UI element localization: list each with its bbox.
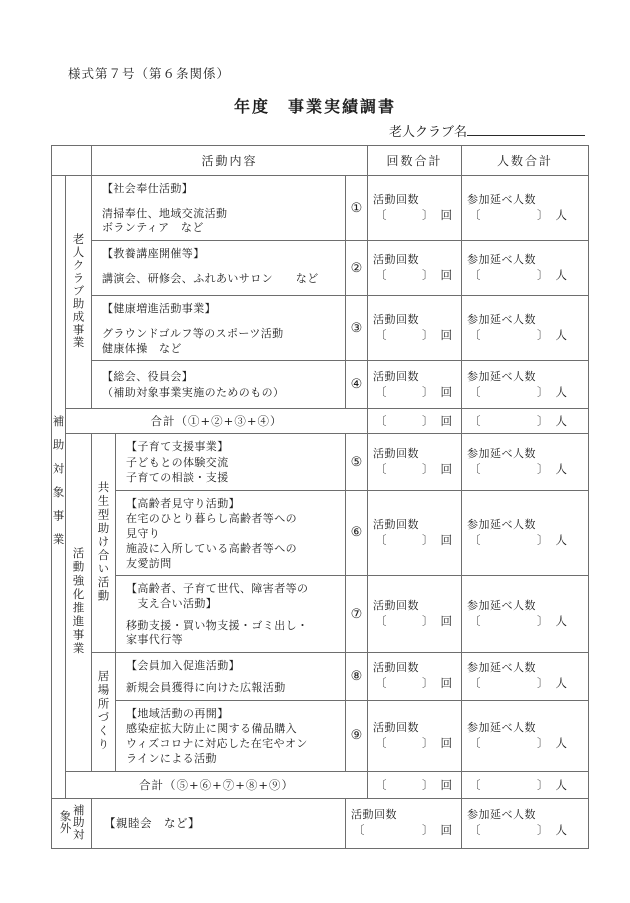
- activity-row-3: 【健康増進活動事業】 グラウンドゴルフ等のスポーツ活動 健康体操 など ③ 活動…: [52, 296, 589, 361]
- count-entry-slot[interactable]: 〔 〕回: [368, 613, 461, 629]
- activity-desc-5: 【子育て支援事業】 子どもとの体験交流 子育ての相談・支援: [116, 434, 346, 490]
- subtotal-2-count-cell: 〔 〕回: [368, 771, 462, 798]
- people-cell-6: 参加延べ人数 〔 〕人: [462, 490, 589, 576]
- non-subsidized-row: 補助対象外 【親睦会 など】 活動回数 〔 〕回 参加延べ人数 〔 〕人: [52, 798, 589, 848]
- header-empty-cell: [52, 146, 92, 176]
- non-subsidized-count-cell: 活動回数 〔 〕回: [346, 798, 462, 848]
- people-entry-slot[interactable]: 〔 〕人: [462, 777, 588, 793]
- people-entry-slot[interactable]: 〔 〕人: [462, 822, 588, 838]
- count-cell-2: 活動回数 〔 〕回: [368, 241, 462, 296]
- row-number-5: ⑤: [346, 434, 368, 490]
- people-cell-8: 参加延べ人数 〔 〕人: [462, 653, 589, 700]
- people-label: 参加延べ人数: [462, 191, 588, 207]
- category-strengthen-cell: 活動強化推進事業: [66, 434, 92, 771]
- row-number-8: ⑧: [346, 653, 368, 700]
- count-label: 活動回数: [368, 445, 461, 461]
- activity-desc-4: 【総会、役員会】 （補助対象事業実施のためのもの）: [92, 361, 346, 409]
- count-label: 活動回数: [368, 597, 461, 613]
- people-cell-4: 参加延べ人数 〔 〕人: [462, 361, 589, 409]
- activity-title-9: 【地域活動の再開】: [126, 707, 341, 722]
- activity-row-6: 【高齢者見守り活動】 在宅のひとり暮らし高齢者等への 見守り 施設に入所している…: [52, 490, 589, 576]
- row-number-6: ⑥: [346, 490, 368, 576]
- people-entry-slot[interactable]: 〔 〕人: [462, 267, 588, 283]
- activity-desc-2: 【教養講座開催等】 講演会、研修会、ふれあいサロン など: [92, 241, 346, 296]
- people-entry-slot[interactable]: 〔 〕人: [462, 613, 588, 629]
- count-cell-7: 活動回数 〔 〕回: [368, 576, 462, 653]
- non-subsidized-people-cell: 参加延べ人数 〔 〕人: [462, 798, 589, 848]
- people-entry-slot[interactable]: 〔 〕人: [462, 461, 588, 477]
- people-entry-slot[interactable]: 〔 〕人: [462, 384, 588, 400]
- activity-row-1: 補助対象事業 老人クラブ助成事業 【社会奉仕活動】 清掃奉仕、地域交流活動 ボラ…: [52, 176, 589, 241]
- people-label: 参加延べ人数: [462, 597, 588, 613]
- people-label: 参加延べ人数: [462, 659, 588, 675]
- people-label: 参加延べ人数: [462, 368, 588, 384]
- header-people-total: 人数合計: [462, 146, 589, 176]
- people-cell-1: 参加延べ人数 〔 〕人: [462, 176, 589, 241]
- row-number-3: ③: [346, 296, 368, 361]
- people-entry-slot[interactable]: 〔 〕人: [462, 735, 588, 751]
- activity-body-3: グラウンドゴルフ等のスポーツ活動 健康体操 など: [102, 327, 341, 356]
- count-entry-slot[interactable]: 〔 〕回: [368, 461, 461, 477]
- activity-desc-1: 【社会奉仕活動】 清掃奉仕、地域交流活動 ボランティア など: [92, 176, 346, 241]
- subtotal-2-people-cell: 〔 〕人: [462, 771, 589, 798]
- people-label: 参加延べ人数: [462, 516, 588, 532]
- club-name-fill-line[interactable]: [467, 122, 585, 136]
- count-label: 活動回数: [368, 719, 461, 735]
- count-entry-slot[interactable]: 〔 〕回: [368, 675, 461, 691]
- people-entry-slot[interactable]: 〔 〕人: [462, 207, 588, 223]
- activity-desc-8: 【会員加入促進活動】 新規会員獲得に向けた広報活動: [116, 653, 346, 700]
- activity-title-1: 【社会奉仕活動】: [102, 182, 341, 197]
- form-number: 様式第７号（第６条関係）: [68, 64, 230, 82]
- activity-body-5: 子どもとの体験交流 子育ての相談・支援: [126, 456, 341, 485]
- count-label: 活動回数: [368, 251, 461, 267]
- people-entry-slot[interactable]: 〔 〕人: [462, 327, 588, 343]
- activity-title-7: 【高齢者、子育て世代、障害者等の 支え合い活動】: [126, 582, 341, 611]
- people-cell-7: 参加延べ人数 〔 〕人: [462, 576, 589, 653]
- header-count-total: 回数合計: [368, 146, 462, 176]
- count-cell-8: 活動回数 〔 〕回: [368, 653, 462, 700]
- category-place-making-label: 居場所づくり: [97, 670, 109, 751]
- row-number-7: ⑦: [346, 576, 368, 653]
- activity-desc-3: 【健康増進活動事業】 グラウンドゴルフ等のスポーツ活動 健康体操 など: [92, 296, 346, 361]
- count-cell-4: 活動回数 〔 〕回: [368, 361, 462, 409]
- people-label: 参加延べ人数: [462, 251, 588, 267]
- row-number-2: ②: [346, 241, 368, 296]
- count-label: 活動回数: [368, 311, 461, 327]
- category-place-making-cell: 居場所づくり: [92, 653, 116, 771]
- activity-row-8: 居場所づくり 【会員加入促進活動】 新規会員獲得に向けた広報活動 ⑧ 活動回数 …: [52, 653, 589, 700]
- people-cell-3: 参加延べ人数 〔 〕人: [462, 296, 589, 361]
- people-cell-2: 参加延べ人数 〔 〕人: [462, 241, 589, 296]
- people-label: 参加延べ人数: [462, 445, 588, 461]
- activity-row-7: 【高齢者、子育て世代、障害者等の 支え合い活動】 移動支援・買い物支援・ゴミ出し…: [52, 576, 589, 653]
- row-number-1: ①: [346, 176, 368, 241]
- activity-body-2: 講演会、研修会、ふれあいサロン など: [102, 272, 341, 287]
- category-club-support-cell: 老人クラブ助成事業: [66, 176, 92, 409]
- activity-row-2: 【教養講座開催等】 講演会、研修会、ふれあいサロン など ② 活動回数 〔 〕回…: [52, 241, 589, 296]
- count-label: 活動回数: [368, 368, 461, 384]
- count-cell-6: 活動回数 〔 〕回: [368, 490, 462, 576]
- activity-desc-7: 【高齢者、子育て世代、障害者等の 支え合い活動】 移動支援・買い物支援・ゴミ出し…: [116, 576, 346, 653]
- count-label: 活動回数: [368, 659, 461, 675]
- people-cell-9: 参加延べ人数 〔 〕人: [462, 700, 589, 771]
- subtotal-1-count-cell: 〔 〕回: [368, 409, 462, 434]
- people-label: 参加延べ人数: [462, 719, 588, 735]
- category-non-subsidized-label: 補助対象外: [58, 800, 84, 844]
- count-cell-1: 活動回数 〔 〕回: [368, 176, 462, 241]
- activity-row-9: 【地域活動の再開】 感染症拡大防止に関する備品購入 ウィズコロナに対応した在宅や…: [52, 700, 589, 771]
- count-label: 活動回数: [346, 806, 461, 822]
- count-entry-slot[interactable]: 〔 〕回: [368, 327, 461, 343]
- category-subsidized-cell: 補助対象事業: [52, 176, 66, 799]
- activity-title-2: 【教養講座開催等】: [102, 247, 341, 262]
- count-entry-slot[interactable]: 〔 〕回: [368, 413, 461, 429]
- activity-body-7: 移動支援・買い物支援・ゴミ出し・ 家事代行等: [126, 619, 341, 648]
- category-subsidized-label: 補助対象事業: [52, 415, 64, 556]
- page-title: 年度 事業実績調書: [0, 94, 630, 117]
- people-entry-slot[interactable]: 〔 〕人: [462, 532, 588, 548]
- activity-title-6: 【高齢者見守り活動】: [126, 497, 341, 512]
- club-name-label: 老人クラブ名: [389, 125, 467, 140]
- activity-body-8: 新規会員獲得に向けた広報活動: [126, 681, 341, 696]
- activity-row-5: 活動強化推進事業 共生型助け合い活動 【子育て支援事業】 子どもとの体験交流 子…: [52, 434, 589, 490]
- count-entry-slot[interactable]: 〔 〕回: [368, 735, 461, 751]
- activity-body-1: 清掃奉仕、地域交流活動 ボランティア など: [102, 207, 341, 236]
- row-number-4: ④: [346, 361, 368, 409]
- activity-desc-9: 【地域活動の再開】 感染症拡大防止に関する備品購入 ウィズコロナに対応した在宅や…: [116, 700, 346, 771]
- subtotal-row-2: 合計（⑤+⑥+⑦+⑧+⑨） 〔 〕回 〔 〕人: [52, 771, 589, 798]
- subtotal-1-label: 合計（①+②+③+④）: [66, 409, 368, 434]
- count-entry-slot[interactable]: 〔 〕回: [368, 384, 461, 400]
- category-non-subsidized-cell: 補助対象外: [52, 798, 92, 848]
- activity-title-4: 【総会、役員会】: [102, 370, 341, 385]
- header-activity: 活動内容: [92, 146, 368, 176]
- count-entry-slot[interactable]: 〔 〕回: [368, 532, 461, 548]
- subtotal-row-1: 合計（①+②+③+④） 〔 〕回 〔 〕人: [52, 409, 589, 434]
- activity-body-9: 感染症拡大防止に関する備品購入 ウィズコロナに対応した在宅やオン ラインによる活…: [126, 722, 341, 766]
- category-mutual-aid-label: 共生型助け合い活動: [97, 481, 109, 603]
- activity-body-6: 在宅のひとり暮らし高齢者等への 見守り 施設に入所している高齢者等への 友愛訪問: [126, 512, 341, 571]
- non-subsidized-title-cell: 【親睦会 など】: [92, 798, 346, 848]
- subtotal-2-label: 合計（⑤+⑥+⑦+⑧+⑨）: [66, 771, 368, 798]
- people-cell-5: 参加延べ人数 〔 〕人: [462, 434, 589, 490]
- subtotal-1-people-cell: 〔 〕人: [462, 409, 589, 434]
- people-entry-slot[interactable]: 〔 〕人: [462, 413, 588, 429]
- count-entry-slot[interactable]: 〔 〕回: [346, 822, 461, 838]
- count-label: 活動回数: [368, 516, 461, 532]
- activity-title-3: 【健康増進活動事業】: [102, 302, 341, 317]
- count-cell-3: 活動回数 〔 〕回: [368, 296, 462, 361]
- category-mutual-aid-cell: 共生型助け合い活動: [92, 434, 116, 653]
- count-cell-5: 活動回数 〔 〕回: [368, 434, 462, 490]
- category-club-support-label: 老人クラブ助成事業: [72, 233, 84, 349]
- activity-title-5: 【子育て支援事業】: [126, 440, 341, 455]
- activity-row-4: 【総会、役員会】 （補助対象事業実施のためのもの） ④ 活動回数 〔 〕回 参加…: [52, 361, 589, 409]
- activity-title-8: 【会員加入促進活動】: [126, 659, 341, 674]
- activity-desc-6: 【高齢者見守り活動】 在宅のひとり暮らし高齢者等への 見守り 施設に入所している…: [116, 490, 346, 576]
- count-entry-slot[interactable]: 〔 〕回: [368, 777, 461, 793]
- people-label: 参加延べ人数: [462, 806, 588, 822]
- count-cell-9: 活動回数 〔 〕回: [368, 700, 462, 771]
- count-entry-slot[interactable]: 〔 〕回: [368, 207, 461, 223]
- people-entry-slot[interactable]: 〔 〕人: [462, 675, 588, 691]
- category-strengthen-label: 活動強化推進事業: [72, 547, 84, 656]
- activity-report-table: 活動内容 回数合計 人数合計 補助対象事業 老人クラブ助成事業 【社会奉仕活動】…: [51, 145, 589, 849]
- people-label: 参加延べ人数: [462, 311, 588, 327]
- count-entry-slot[interactable]: 〔 〕回: [368, 267, 461, 283]
- table-header-row: 活動内容 回数合計 人数合計: [52, 146, 589, 176]
- count-label: 活動回数: [368, 191, 461, 207]
- row-number-9: ⑨: [346, 700, 368, 771]
- activity-body-4: （補助対象事業実施のためのもの）: [102, 386, 341, 401]
- club-name-row: 老人クラブ名: [0, 121, 585, 140]
- non-subsidized-title: 【親睦会 など】: [92, 815, 345, 831]
